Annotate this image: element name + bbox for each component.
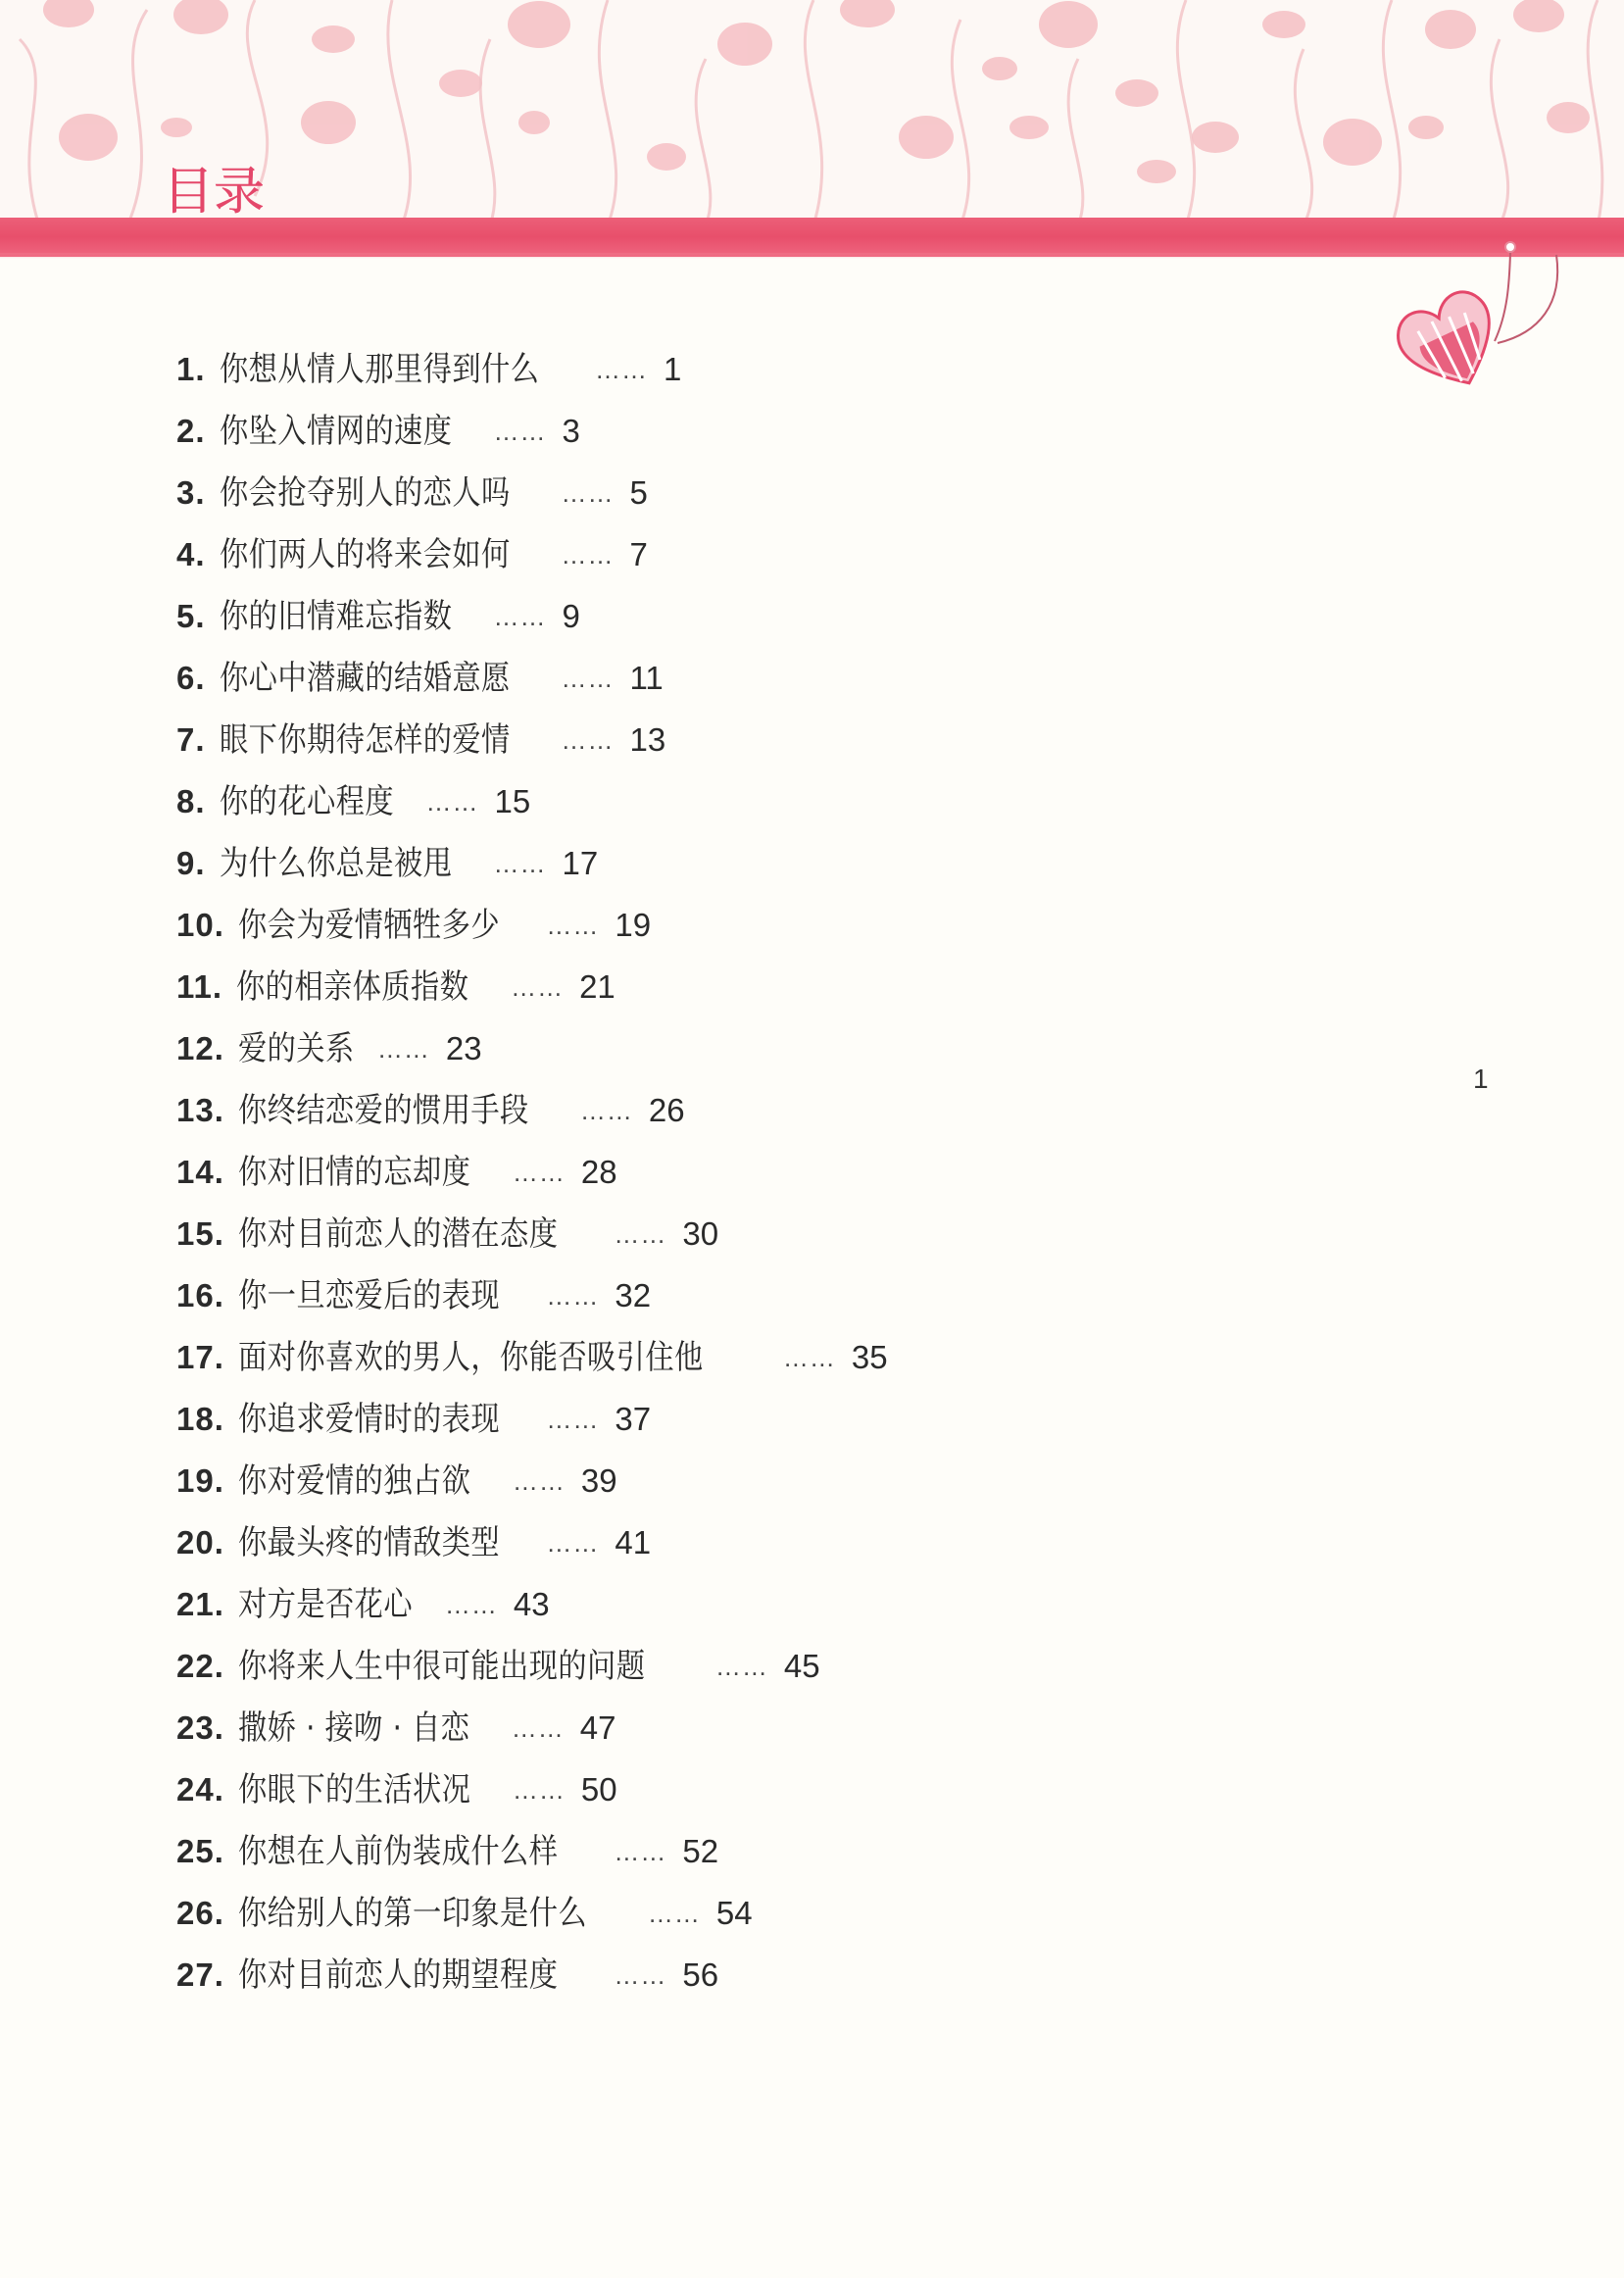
toc-title: 为什么你总是被甩 xyxy=(220,844,452,883)
toc-title: 你想在人前伪装成什么样 xyxy=(238,1832,558,1871)
toc-number: 9. xyxy=(176,844,206,883)
toc-title: 你对目前恋人的潜在态度 xyxy=(238,1214,558,1254)
toc-leader-dots: …… xyxy=(580,1091,633,1130)
toc-item-14[interactable]: 14.你对旧情的忘却度……28 xyxy=(176,1141,888,1203)
toc-number: 2. xyxy=(176,412,206,451)
toc-number: 1. xyxy=(176,350,206,389)
toc-leader-dots: …… xyxy=(512,1708,565,1748)
toc-page-number: 39 xyxy=(581,1461,617,1501)
toc-title: 你会为爱情牺牲多少 xyxy=(238,906,500,945)
toc-title: 你心中潜藏的结婚意愿 xyxy=(220,659,511,698)
toc-leader-dots: …… xyxy=(546,1400,599,1439)
toc-title: 你对爱情的独占欲 xyxy=(238,1461,470,1501)
toc-title: 对方是否花心 xyxy=(238,1585,413,1624)
toc-page-number: 19 xyxy=(615,906,651,945)
toc-page-number: 45 xyxy=(784,1647,820,1686)
toc-title: 你的旧情难忘指数 xyxy=(220,597,452,636)
toc-item-23[interactable]: 23.撒娇 · 接吻 · 自恋……47 xyxy=(176,1697,888,1758)
toc-item-7[interactable]: 7.眼下你期待怎样的爱情……13 xyxy=(176,709,888,770)
toc-number: 15. xyxy=(176,1214,224,1254)
toc-number: 5. xyxy=(176,597,206,636)
table-of-contents: 1.你想从情人那里得到什么……1 2.你坠入情网的速度……3 3.你会抢夺别人的… xyxy=(176,338,888,2006)
toc-item-16[interactable]: 16.你一旦恋爱后的表现……32 xyxy=(176,1264,888,1326)
toc-page-number: 50 xyxy=(581,1770,617,1809)
toc-leader-dots: …… xyxy=(445,1585,498,1624)
toc-page-number: 28 xyxy=(581,1153,617,1192)
toc-leader-dots: …… xyxy=(562,473,615,513)
toc-item-19[interactable]: 19.你对爱情的独占欲……39 xyxy=(176,1450,888,1511)
toc-number: 21. xyxy=(176,1585,224,1624)
toc-page-number: 47 xyxy=(580,1708,616,1748)
toc-leader-dots: …… xyxy=(546,906,599,945)
toc-title: 你会抢夺别人的恋人吗 xyxy=(220,473,511,513)
toc-number: 26. xyxy=(176,1894,224,1933)
toc-number: 4. xyxy=(176,535,206,574)
toc-number: 8. xyxy=(176,782,206,821)
toc-number: 19. xyxy=(176,1461,224,1501)
toc-leader-dots: …… xyxy=(715,1647,768,1686)
toc-title: 你想从情人那里得到什么 xyxy=(220,350,539,389)
toc-title: 你眼下的生活状况 xyxy=(238,1770,470,1809)
toc-title: 你的相亲体质指数 xyxy=(236,967,468,1007)
toc-item-2[interactable]: 2.你坠入情网的速度……3 xyxy=(176,400,888,462)
toc-page-number: 15 xyxy=(495,782,531,821)
page-number: 1 xyxy=(1473,1064,1489,1095)
page-title: 目录 xyxy=(163,165,265,220)
toc-item-11[interactable]: 11.你的相亲体质指数……21 xyxy=(176,956,888,1017)
toc-item-4[interactable]: 4.你们两人的将来会如何……7 xyxy=(176,523,888,585)
toc-number: 27. xyxy=(176,1956,224,1995)
toc-page-number: 43 xyxy=(514,1585,550,1624)
toc-number: 11. xyxy=(176,967,222,1007)
toc-page-number: 35 xyxy=(852,1338,888,1377)
toc-title: 你一旦恋爱后的表现 xyxy=(238,1276,500,1315)
toc-page-number: 41 xyxy=(615,1523,651,1562)
toc-page-number: 9 xyxy=(563,597,580,636)
toc-leader-dots: …… xyxy=(494,597,547,636)
floral-header: 目录 xyxy=(0,0,1624,225)
toc-leader-dots: …… xyxy=(546,1523,599,1562)
toc-item-13[interactable]: 13.你终结恋爱的惯用手段……26 xyxy=(176,1079,888,1141)
toc-page-number: 13 xyxy=(630,720,666,760)
toc-number: 17. xyxy=(176,1338,224,1377)
toc-number: 18. xyxy=(176,1400,224,1439)
toc-item-8[interactable]: 8.你的花心程度……15 xyxy=(176,770,888,832)
toc-leader-dots: …… xyxy=(511,967,564,1007)
toc-number: 22. xyxy=(176,1647,224,1686)
toc-leader-dots: …… xyxy=(614,1832,666,1871)
toc-page-number: 7 xyxy=(630,535,648,574)
toc-page-number: 17 xyxy=(563,844,599,883)
toc-title: 你最头疼的情敌类型 xyxy=(238,1523,500,1562)
toc-item-25[interactable]: 25.你想在人前伪装成什么样……52 xyxy=(176,1820,888,1882)
toc-page-number: 11 xyxy=(630,659,664,698)
toc-leader-dots: …… xyxy=(513,1461,566,1501)
toc-number: 7. xyxy=(176,720,206,760)
toc-item-26[interactable]: 26.你给别人的第一印象是什么……54 xyxy=(176,1882,888,1944)
toc-title: 撒娇 · 接吻 · 自恋 xyxy=(238,1708,469,1748)
toc-leader-dots: …… xyxy=(513,1153,566,1192)
toc-title: 眼下你期待怎样的爱情 xyxy=(220,720,511,760)
toc-page-number: 21 xyxy=(579,967,615,1007)
toc-page-number: 1 xyxy=(664,350,681,389)
toc-leader-dots: …… xyxy=(648,1894,701,1933)
toc-number: 10. xyxy=(176,906,224,945)
toc-item-5[interactable]: 5.你的旧情难忘指数……9 xyxy=(176,585,888,647)
toc-leader-dots: …… xyxy=(494,412,547,451)
toc-leader-dots: …… xyxy=(377,1029,430,1068)
toc-page-number: 56 xyxy=(682,1956,718,1995)
toc-page-number: 54 xyxy=(716,1894,753,1933)
toc-item-9[interactable]: 9.为什么你总是被甩……17 xyxy=(176,832,888,894)
toc-title: 你终结恋爱的惯用手段 xyxy=(238,1091,529,1130)
toc-page-number: 52 xyxy=(682,1832,718,1871)
toc-number: 14. xyxy=(176,1153,224,1192)
toc-number: 12. xyxy=(176,1029,224,1068)
toc-number: 13. xyxy=(176,1091,224,1130)
toc-title: 你对目前恋人的期望程度 xyxy=(238,1956,558,1995)
toc-title: 你坠入情网的速度 xyxy=(220,412,452,451)
toc-page-number: 5 xyxy=(630,473,648,513)
toc-item-24[interactable]: 24.你眼下的生活状况……50 xyxy=(176,1758,888,1820)
toc-page-number: 32 xyxy=(615,1276,651,1315)
toc-leader-dots: …… xyxy=(546,1276,599,1315)
toc-number: 3. xyxy=(176,473,206,513)
toc-leader-dots: …… xyxy=(783,1338,836,1377)
toc-item-10[interactable]: 10.你会为爱情牺牲多少……19 xyxy=(176,894,888,956)
toc-item-17[interactable]: 17.面对你喜欢的男人，你能否吸引住他……35 xyxy=(176,1326,888,1388)
toc-item-22[interactable]: 22.你将来人生中很可能出现的问题……45 xyxy=(176,1635,888,1697)
toc-leader-dots: …… xyxy=(562,659,615,698)
toc-leader-dots: …… xyxy=(562,535,615,574)
toc-title: 面对你喜欢的男人，你能否吸引住他 xyxy=(238,1338,704,1377)
toc-title: 你追求爱情时的表现 xyxy=(238,1400,500,1439)
toc-number: 6. xyxy=(176,659,206,698)
toc-number: 23. xyxy=(176,1708,224,1748)
toc-number: 16. xyxy=(176,1276,224,1315)
toc-leader-dots: …… xyxy=(562,720,615,760)
toc-item-3[interactable]: 3.你会抢夺别人的恋人吗……5 xyxy=(176,462,888,523)
toc-title: 爱的关系 xyxy=(238,1029,355,1068)
toc-leader-dots: …… xyxy=(614,1956,666,1995)
toc-page-number: 23 xyxy=(446,1029,482,1068)
toc-number: 20. xyxy=(176,1523,224,1562)
toc-page-number: 30 xyxy=(682,1214,718,1254)
toc-page-number: 26 xyxy=(649,1091,685,1130)
toc-title: 你给别人的第一印象是什么 xyxy=(238,1894,587,1933)
heart-charm-icon xyxy=(1372,225,1588,406)
toc-item-27[interactable]: 27.你对目前恋人的期望程度……56 xyxy=(176,1944,888,2006)
toc-page-number: 3 xyxy=(563,412,580,451)
toc-item-1[interactable]: 1.你想从情人那里得到什么……1 xyxy=(176,338,888,400)
toc-item-6[interactable]: 6.你心中潜藏的结婚意愿……11 xyxy=(176,647,888,709)
toc-leader-dots: …… xyxy=(595,350,648,389)
toc-page-number: 37 xyxy=(615,1400,651,1439)
toc-leader-dots: …… xyxy=(614,1214,666,1254)
toc-item-18[interactable]: 18.你追求爱情时的表现……37 xyxy=(176,1388,888,1450)
toc-title: 你对旧情的忘却度 xyxy=(238,1153,470,1192)
toc-title: 你们两人的将来会如何 xyxy=(220,535,511,574)
toc-leader-dots: …… xyxy=(494,844,547,883)
toc-number: 24. xyxy=(176,1770,224,1809)
toc-leader-dots: …… xyxy=(513,1770,566,1809)
toc-leader-dots: …… xyxy=(426,782,479,821)
toc-title: 你的花心程度 xyxy=(220,782,394,821)
toc-item-21[interactable]: 21.对方是否花心……43 xyxy=(176,1573,888,1635)
toc-item-15[interactable]: 15.你对目前恋人的潜在态度……30 xyxy=(176,1203,888,1264)
toc-item-12[interactable]: 12.爱的关系……23 xyxy=(176,1017,888,1079)
toc-title: 你将来人生中很可能出现的问题 xyxy=(238,1647,645,1686)
toc-number: 25. xyxy=(176,1832,224,1871)
toc-item-20[interactable]: 20.你最头疼的情敌类型……41 xyxy=(176,1511,888,1573)
